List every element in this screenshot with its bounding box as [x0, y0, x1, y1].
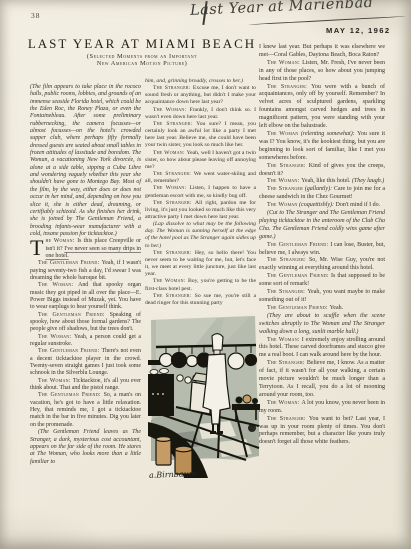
dialogue-line: The Gentleman Friend: So, a man's on vac… [30, 392, 141, 429]
dialogue-line: The Woman (coquettishly): Don't mind if … [259, 202, 385, 210]
text-column-2: him, and, grinning broadly, crosses to h… [145, 78, 256, 480]
speaker-name: The Woman: [153, 107, 190, 113]
dialogue-line: The Woman (relenting somewhat): You sure… [259, 131, 385, 163]
handwriting-underline [248, 16, 406, 26]
dialogue-line: The Stranger: So sue me, you're still a … [145, 293, 256, 307]
dialogue-line: The Gentleman Friend: Yeah, if I wasn't … [30, 260, 141, 282]
speaker-name: The Woman: [267, 337, 302, 343]
speaker-name: The Woman [267, 202, 298, 208]
issue-date: MAY 12, 1962 [326, 26, 391, 35]
dialogue-line: The Stranger: Kind of gives you the cree… [259, 163, 385, 179]
article-subtitle: (Selected Moments from an Important New … [27, 53, 257, 68]
dialogue-line: The Stranger: Hey, so hello there! You n… [145, 250, 256, 279]
dialogue-line: The Woman: Frankly, I don't think so. I … [145, 107, 256, 121]
speaker-name: The Woman: [267, 178, 301, 184]
handwritten-annotation: Last Year at Marienbad [190, 0, 411, 19]
text-column-1: (The film appears to take place in the r… [30, 84, 141, 466]
dialogue-line: The Stranger: You sure? I mean, you cert… [145, 121, 256, 150]
dialogue-line: The Stranger: Excuse me, I don't want to… [145, 85, 256, 106]
text-column-3: I knew last year. But perhaps it was els… [259, 44, 385, 447]
speaker-name: The Stranger: [153, 200, 195, 206]
dialogue-line: The Gentleman Friend: Is that supposed t… [259, 273, 385, 289]
dialogue-line: The Stranger: You want to bet? Last year… [259, 416, 385, 448]
dialogue-continuation: I knew last year. But perhaps it was els… [259, 44, 385, 60]
subtitle-line-1: (Selected Moments from an Important [27, 53, 257, 60]
dialogue-line: The Gentleman Friend: There's not even a… [30, 348, 141, 377]
speaker-name: The Woman: [38, 334, 74, 340]
speaker-name: The Stranger: [153, 171, 194, 177]
speaker-name: The Stranger: [267, 416, 309, 422]
stage-aside: (They laugh.) [350, 178, 384, 184]
speaker-name: The Stranger: [267, 84, 311, 90]
artist-signature: a.Birnbaum [149, 470, 197, 479]
dialogue-line: The Woman: Boy, you're getting to be the… [145, 278, 256, 292]
speaker-name: The Stranger: [153, 85, 193, 91]
speaker-name: The Gentleman Friend: [267, 305, 330, 311]
kitchen-illustration: a.Birnbaum [146, 312, 262, 480]
speaker-name: The Stranger: [267, 360, 307, 366]
speaker-name: The Stranger: [153, 121, 196, 127]
speaker-name: The Woman: [153, 150, 187, 156]
dialogue-line: The Woman: Yeah, a person could get a re… [30, 334, 141, 349]
stage-aside: (relenting somewhat): [298, 131, 357, 137]
speaker-name: The Gentleman Friend: [267, 273, 331, 279]
magazine-page: 38 Last Year at Marienbad MAY 12, 1962 L… [0, 0, 411, 549]
speaker-name: The Woman: [267, 400, 301, 406]
dialogue-line: The Woman: A lot you know, you never bee… [259, 400, 385, 416]
dialogue-line: The Woman: Is this place Creepville or i… [30, 238, 141, 260]
stage-direction: (Lap dissolve to what may be the followi… [145, 221, 256, 250]
speaker-name: The Woman: [38, 378, 73, 384]
stage-direction: him, and, grinning broadly, crosses to h… [145, 78, 256, 85]
speaker-name: The Gentleman Friend: [38, 392, 104, 398]
speaker-name: The Woman: [267, 60, 302, 66]
speaker-name: The Gentleman Friend: [38, 260, 102, 266]
speaker-name: The Stranger: [267, 257, 309, 263]
dialogue-line: The Woman: Yeah, well I haven't got a tw… [145, 150, 256, 171]
subtitle-line-2: New American Motion Picture) [27, 60, 257, 67]
speaker-name: The Gentleman Friend: [267, 242, 330, 248]
dialogue-line: The Stranger: All right, pardon me for l… [145, 200, 256, 221]
stage-aside: (gallantly): [303, 186, 334, 192]
dialogue-line: The Woman: Listen, I happen to have a ge… [145, 185, 256, 199]
dialogue-line: The Stranger: So, Mr. Wise Guy, you're n… [259, 257, 385, 273]
speaker-name: The Woman: [153, 185, 190, 191]
dialogue-line: The Woman: And that spooky organ music t… [30, 282, 141, 311]
dialogue-line: The Stranger: Yeah, you want maybe to ma… [259, 289, 385, 305]
dialogue-line: The Woman: I extremely enjoy strolling a… [259, 337, 385, 361]
dialogue-line: The Gentleman Friend: I can lose, Buster… [259, 242, 385, 258]
page-number: 38 [31, 11, 41, 20]
speaker-name: The Woman: [153, 278, 188, 284]
speaker-name: The Gentleman Friend: [38, 348, 101, 354]
dialogue-line: The Stranger: We went water-skiing and a… [145, 171, 256, 185]
speaker-name: The Stranger: [267, 289, 307, 295]
stage-aside: (coquettishly): [298, 202, 336, 208]
stage-direction: (Cut to The Stranger and The Gentleman F… [259, 210, 385, 242]
stage-direction: (The film appears to take place in the r… [30, 84, 141, 238]
speaker-name: The Stranger [267, 186, 303, 192]
dialogue-line: The Woman: Ticktacktoe, it's all you eve… [30, 378, 141, 393]
speaker-name: The Gentleman Friend: [38, 312, 110, 318]
dialogue-line: The Stranger (gallantly): Care to join m… [259, 186, 385, 202]
speaker-name: The Stranger: [153, 250, 195, 256]
drop-cap: T [30, 238, 45, 257]
dialogue-line: The Stranger: Believe me, I know. As a m… [259, 360, 385, 400]
dialogue-line: The Gentleman Friend: Yeah. [259, 305, 385, 313]
dialogue-line: The Gentleman Friend: Speaking of spooky… [30, 312, 141, 334]
speaker-name: The Woman [267, 131, 298, 137]
speaker-name: The Woman: [38, 282, 78, 288]
speaker-name: The Stranger: [267, 163, 309, 169]
article-title: LAST YEAR AT MIAMI BEACH [27, 36, 257, 52]
kitchen-illustration-drawing [146, 312, 262, 480]
stage-direction: (The Gentleman Friend leaves as The Stra… [30, 429, 141, 466]
speaker-name: he Woman: [45, 238, 77, 244]
dialogue-line: The Woman: Listen, Mr. Fresh, I've never… [259, 60, 385, 84]
speaker-name: The Stranger: [153, 293, 195, 299]
stage-direction: (They are about to scuffle when the scen… [259, 313, 385, 337]
dialogue-line: The Stranger: You were with a bunch of a… [259, 84, 385, 131]
